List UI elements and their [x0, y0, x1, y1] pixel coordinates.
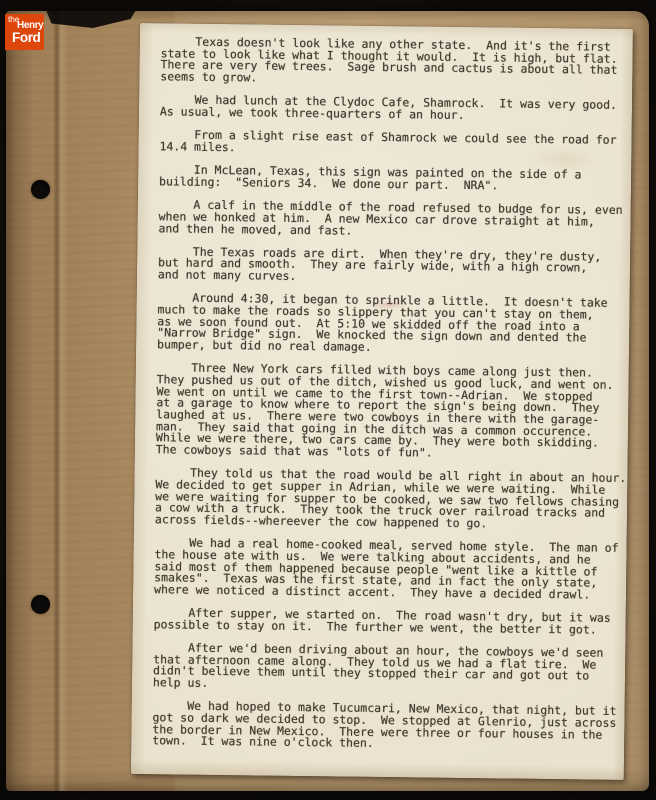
punch-hole-top — [31, 180, 50, 199]
typed-text: Texas doesn't look like any other state.… — [152, 36, 631, 753]
page-crease — [55, 11, 63, 791]
punch-hole-bottom — [31, 595, 50, 614]
henry-ford-logo: the Henry Ford — [5, 14, 44, 50]
photo-background: Texas doesn't look like any other state.… — [0, 0, 656, 800]
logo-word-ford: Ford — [12, 30, 40, 45]
typed-paper: Texas doesn't look like any other state.… — [131, 23, 633, 780]
